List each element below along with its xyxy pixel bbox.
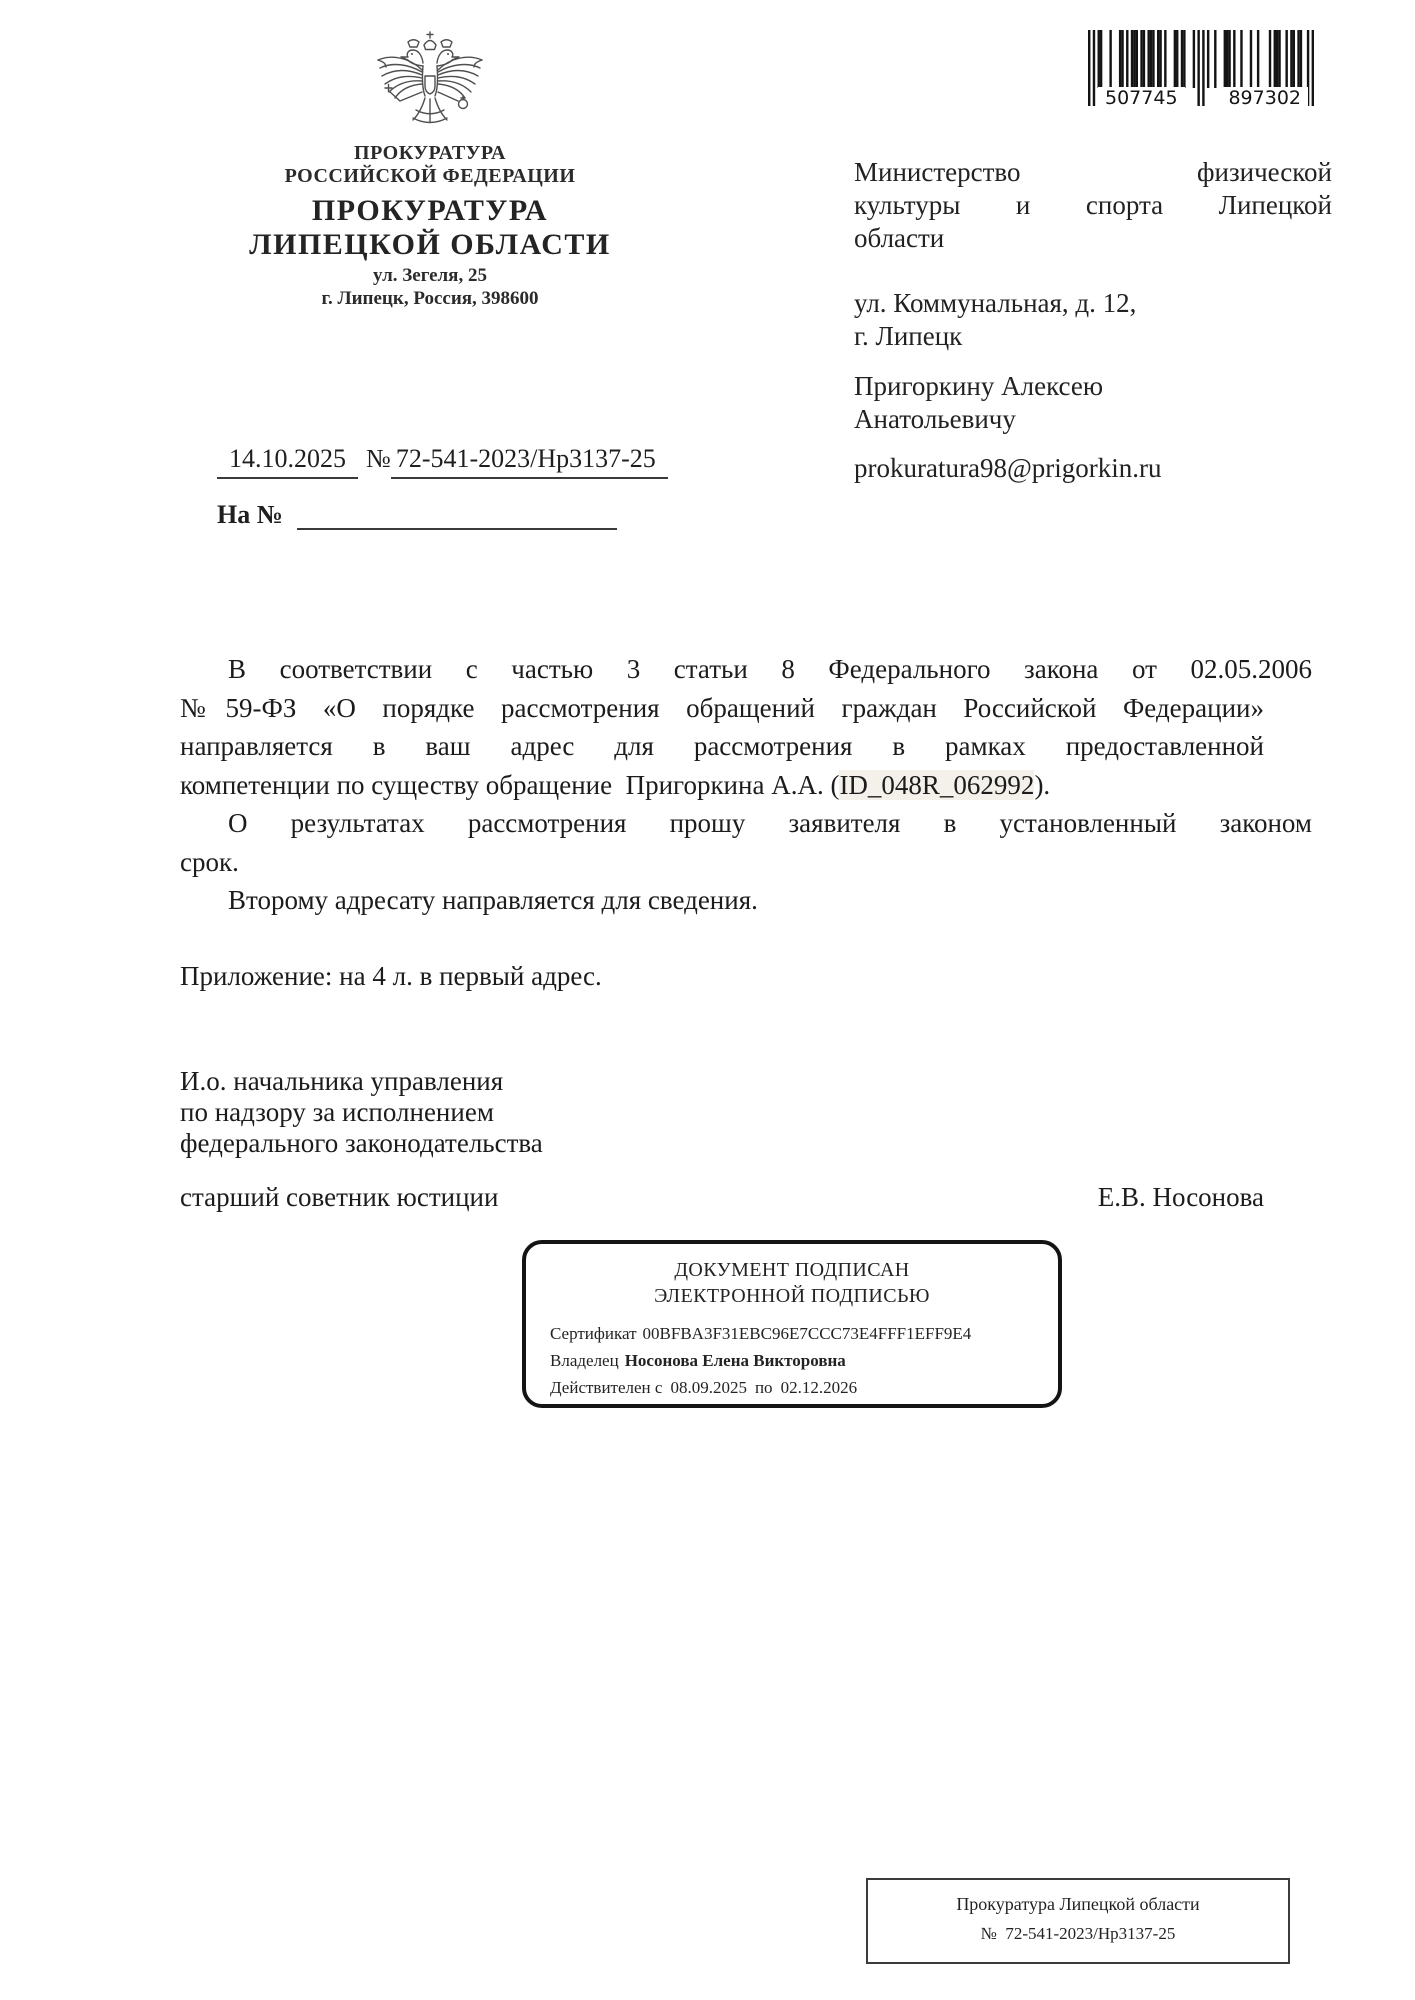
coat-of-arms xyxy=(180,30,680,143)
recipient-person: Пригоркину Алексею Анатольевичу xyxy=(854,370,1332,436)
recipient-address-line: ул. Коммунальная, д. 12, xyxy=(854,287,1332,320)
outgoing-number: 72-541-2023/Нр3137-25 xyxy=(391,444,668,479)
recipient-org-line: культуры и спорта Липецкой xyxy=(854,189,1332,222)
footer-registration-stamp: Прокуратура Липецкой области № 72-541-20… xyxy=(866,1878,1290,1964)
body-text-before-id: компетенции по существу обращение Пригор… xyxy=(180,770,839,800)
body-paragraph2-line: срок. xyxy=(180,843,1264,882)
valid-from-date: 08.09.2025 xyxy=(670,1378,747,1397)
barcode-digits-right: 897302 xyxy=(1221,87,1308,109)
recipient-address-line: г. Липецк xyxy=(854,320,1332,353)
letterhead-org-line: ЛИПЕЦКОЙ ОБЛАСТИ xyxy=(180,228,680,262)
recipient-org: Министерство физической культуры и спорт… xyxy=(854,156,1332,255)
esign-owner-line: ВладелецНосонова Елена Викторовна xyxy=(550,1347,1058,1374)
body-paragraph3: Второму адресату направляется для сведен… xyxy=(180,881,1312,920)
signature-row: старший советник юстиции Е.В. Носонова xyxy=(180,1182,1264,1213)
recipient-email: prokuratura98@prigorkin.ru xyxy=(854,452,1332,485)
body-text-after-id: ). xyxy=(1034,770,1050,800)
signer-rank: старший советник юстиции xyxy=(180,1182,498,1213)
valid-to-date: 02.12.2026 xyxy=(781,1378,858,1397)
recipient-person-line: Анатольевичу xyxy=(854,403,1332,436)
coat-of-arms-icon xyxy=(369,30,491,138)
esign-validity-line: Действителен с08.09.2025по02.12.2026 xyxy=(550,1374,1058,1401)
certificate-label: Сертификат xyxy=(550,1324,637,1343)
esign-stamp-title-line: ДОКУМЕНТ ПОДПИСАН xyxy=(526,1257,1058,1283)
owner-value: Носонова Елена Викторовна xyxy=(625,1351,846,1370)
letterhead-parent-org: ПРОКУРАТУРА РОССИЙСКОЙ ФЕДЕРАЦИИ xyxy=(180,142,680,188)
in-reply-label: На № xyxy=(217,500,283,529)
footer-stamp-org: Прокуратура Липецкой области xyxy=(868,1894,1288,1915)
in-reply-blank-line xyxy=(297,494,617,530)
signer-position: И.о. начальника управления по надзору за… xyxy=(180,1066,543,1159)
body-paragraph1-line: №59-ФЗ «О порядке рассмотрения обращений… xyxy=(180,689,1264,728)
letterhead-parent-org-line: РОССИЙСКОЙ ФЕДЕРАЦИИ xyxy=(180,165,680,188)
barcode-digits-left: 507745 xyxy=(1098,87,1185,109)
barcode: 507745 897302 xyxy=(1088,30,1314,122)
letter-body: В соответствии с частью 3 статьи 8 Федер… xyxy=(180,650,1264,920)
certificate-value: 00BFBA3F31EBC96E7CCC73E4FFF1EFF9E4 xyxy=(643,1324,972,1343)
recipient-address: ул. Коммунальная, д. 12, г. Липецк xyxy=(854,287,1332,353)
in-reply-to: На № xyxy=(217,494,617,530)
letterhead-org-name: ПРОКУРАТУРА ЛИПЕЦКОЙ ОБЛАСТИ xyxy=(180,194,680,262)
barcode-digits: 507745 897302 xyxy=(1098,87,1308,109)
letterhead-address-line: ул. Зегеля, 25 xyxy=(180,264,680,287)
outgoing-date: 14.10.2025 xyxy=(217,444,358,479)
body-paragraph1-line: компетенции по существу обращение Пригор… xyxy=(180,766,1264,805)
body-paragraph2-line: О результатах рассмотрения прошу заявите… xyxy=(180,804,1312,843)
body-paragraph1-line: направляется в ваш адрес для рассмотрени… xyxy=(180,727,1264,766)
letterhead-address: ул. Зегеля, 25 г. Липецк, Россия, 398600 xyxy=(180,264,680,310)
esign-stamp-title: ДОКУМЕНТ ПОДПИСАН ЭЛЕКТРОННОЙ ПОДПИСЬЮ xyxy=(526,1257,1058,1309)
esign-certificate-line: Сертификат00BFBA3F31EBC96E7CCC73E4FFF1EF… xyxy=(550,1320,1058,1347)
esign-stamp: ДОКУМЕНТ ПОДПИСАН ЭЛЕКТРОННОЙ ПОДПИСЬЮ С… xyxy=(522,1240,1062,1408)
signer-name: Е.В. Носонова xyxy=(1098,1182,1264,1213)
outgoing-reference: 14.10.2025№72-541-2023/Нр3137-25 xyxy=(217,444,668,479)
letterhead-org-line: ПРОКУРАТУРА xyxy=(180,194,680,228)
recipient-org-line: области xyxy=(854,222,1332,255)
signer-position-line: И.о. начальника управления xyxy=(180,1066,543,1097)
signer-position-line: по надзору за исполнением xyxy=(180,1097,543,1128)
body-paragraph1-line: В соответствии с частью 3 статьи 8 Федер… xyxy=(180,650,1312,689)
number-sign: № xyxy=(366,444,391,473)
owner-label: Владелец xyxy=(550,1351,619,1370)
esign-stamp-details: Сертификат00BFBA3F31EBC96E7CCC73E4FFF1EF… xyxy=(550,1320,1058,1401)
document-page: ПРОКУРАТУРА РОССИЙСКОЙ ФЕДЕРАЦИИ ПРОКУРА… xyxy=(0,0,1415,2000)
signer-position-line: федерального законодательства xyxy=(180,1128,543,1159)
attachment-note: Приложение: на 4 л. в первый адрес. xyxy=(180,961,602,992)
esign-stamp-title-line: ЭЛЕКТРОННОЙ ПОДПИСЬЮ xyxy=(526,1283,1058,1309)
appeal-id: ID_048R_062992 xyxy=(839,770,1034,800)
recipient-person-line: Пригоркину Алексею xyxy=(854,370,1332,403)
validity-label: Действителен с xyxy=(550,1378,662,1397)
footer-stamp-number: № 72-541-2023/Нр3137-25 xyxy=(868,1924,1288,1944)
validity-separator: по xyxy=(755,1378,773,1397)
recipient-org-line: Министерство физической xyxy=(854,156,1332,189)
letterhead-parent-org-line: ПРОКУРАТУРА xyxy=(180,142,680,165)
letterhead-address-line: г. Липецк, Россия, 398600 xyxy=(180,287,680,310)
